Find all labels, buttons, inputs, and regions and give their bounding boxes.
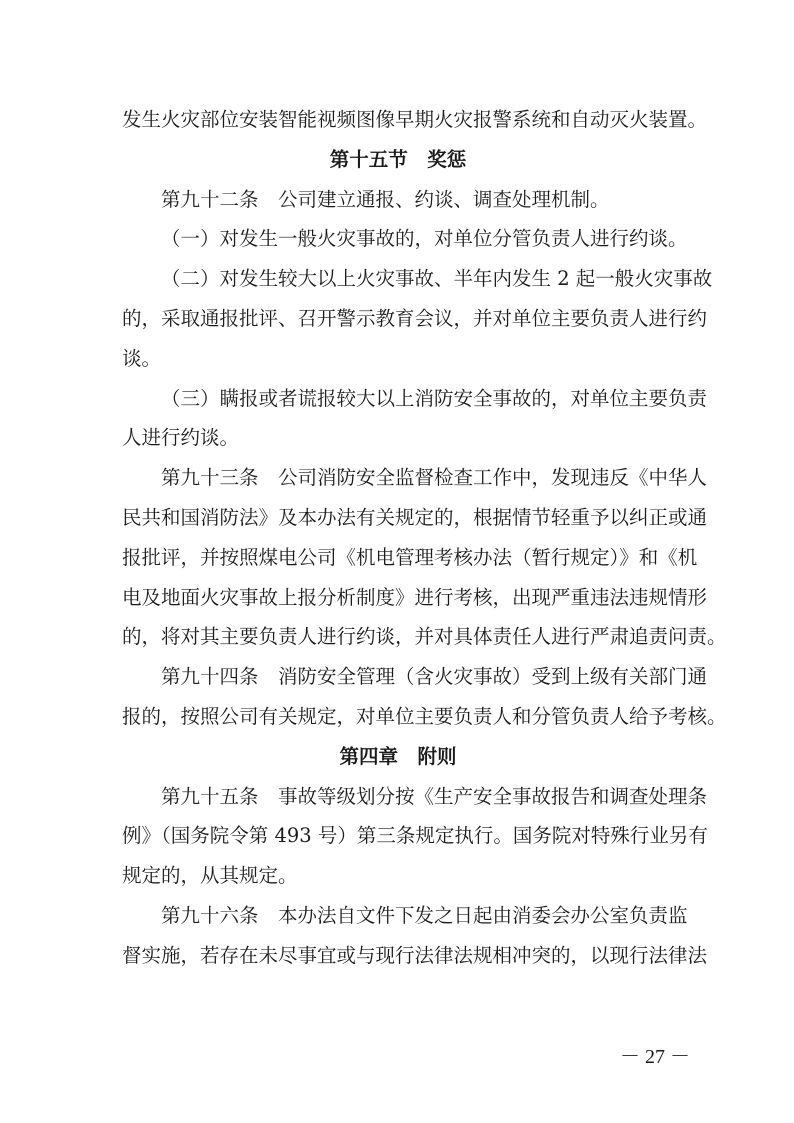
paragraph-line: 发生火灾部位安装智能视频图像早期火灾报警系统和自动灭火装置。: [122, 100, 674, 140]
article-line: 第九十三条 公司消防安全监督检查工作中，发现违反《中华人: [122, 458, 674, 498]
paragraph-line: 谈。: [122, 339, 674, 379]
paragraph-line: 民共和国消防法》及本办法有关规定的，根据情节轻重予以纠正或通: [122, 498, 674, 538]
article-line: 第九十五条 事故等级划分按《生产安全事故报告和调查处理条: [122, 777, 674, 817]
clause-line: （一）对发生一般火灾事故的，对单位分管负责人进行约谈。: [122, 219, 674, 259]
paragraph-line: 督实施，若存在未尽事宜或与现行法律法规相冲突的，以现行法律法: [122, 936, 674, 976]
section-heading: 第十五节 奖惩: [122, 140, 674, 180]
paragraph-line: 规定的，从其规定。: [122, 856, 674, 896]
clause-line: （三）瞒报或者谎报较大以上消防安全事故的，对单位主要负责: [122, 379, 674, 419]
article-line: 第九十六条 本办法自文件下发之日起由消委会办公室负责监: [122, 896, 674, 936]
paragraph-line: 人进行约谈。: [122, 418, 674, 458]
document-page: 发生火灾部位安装智能视频图像早期火灾报警系统和自动灭火装置。 第十五节 奖惩 第…: [0, 0, 794, 1123]
article-line: 第九十四条 消防安全管理（含火灾事故）受到上级有关部门通: [122, 657, 674, 697]
article-line: 第九十二条 公司建立通报、约谈、调查处理机制。: [122, 180, 674, 220]
paragraph-line: 的，将对其主要负责人进行约谈，并对具体责任人进行严肃追责问责。: [122, 617, 674, 657]
clause-line: （二）对发生较大以上火灾事故、半年内发生 2 起一般火灾事故: [122, 259, 674, 299]
paragraph-line: 电及地面火灾事故上报分析制度》进行考核，出现严重违法违规情形: [122, 578, 674, 618]
paragraph-line: 的，采取通报批评、召开警示教育会议，并对单位主要负责人进行约: [122, 299, 674, 339]
chapter-heading: 第四章 附则: [122, 737, 674, 777]
paragraph-line: 例》（国务院令第 493 号）第三条规定执行。国务院对特殊行业另有: [122, 816, 674, 856]
paragraph-line: 报的，按照公司有关规定，对单位主要负责人和分管负责人给予考核。: [122, 697, 674, 737]
document-body: 发生火灾部位安装智能视频图像早期火灾报警系统和自动灭火装置。 第十五节 奖惩 第…: [122, 100, 674, 976]
page-number: － 27 －: [600, 1040, 710, 1069]
paragraph-line: 报批评，并按照煤电公司《机电管理考核办法（暂行规定）》和《机: [122, 538, 674, 578]
